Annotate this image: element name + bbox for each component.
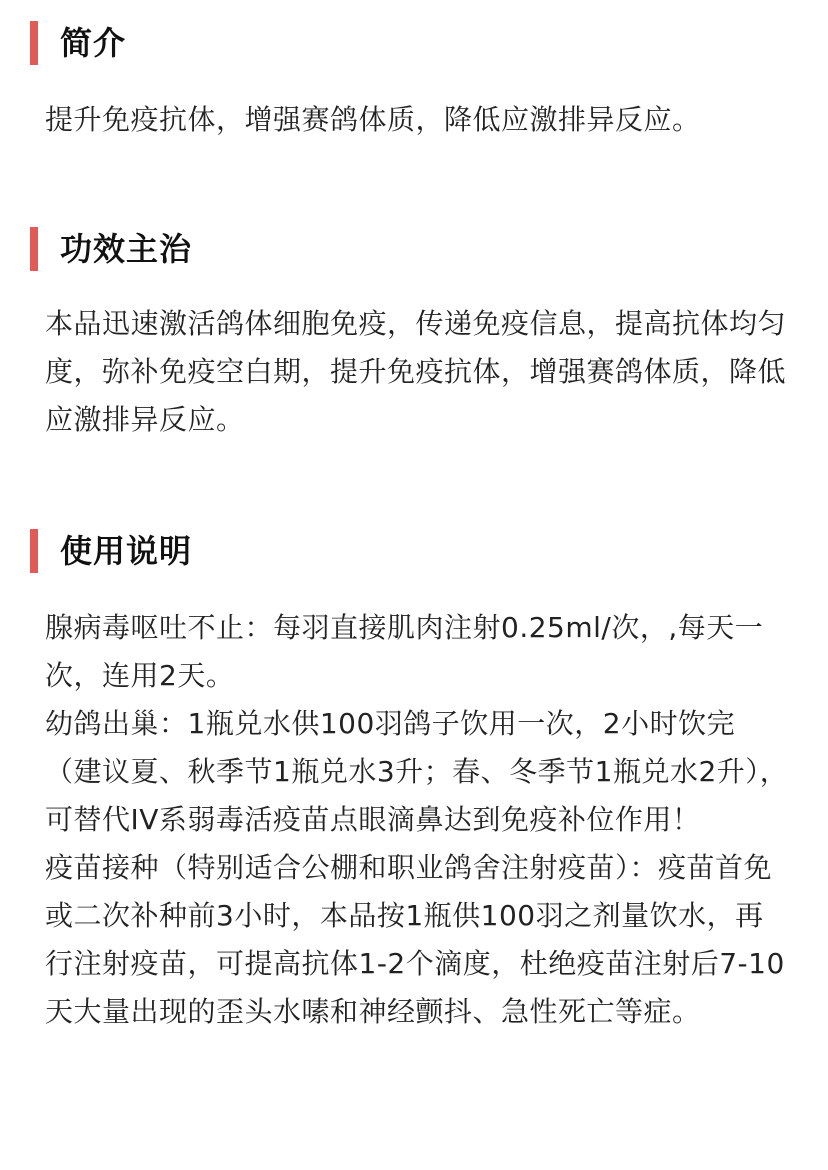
section-heading-efficacy: 功效主治 [30, 227, 192, 271]
paragraph: 提升免疫抗体，增强赛鸽体质，降低应激排异反应。 [45, 96, 790, 144]
section-body-efficacy: 本品迅速激活鸽体细胞免疫，传递免疫信息，提高抗体均匀度，弥补免疫空白期，提升免疫… [45, 300, 790, 444]
section-title: 使用说明 [60, 529, 192, 573]
section-title: 功效主治 [60, 227, 192, 271]
paragraph-young-pigeons: 幼鸽出巢：1瓶兑水供100羽鸽子饮用一次，2小时饮完（建议夏、秋季节1瓶兑水3升… [45, 700, 790, 844]
accent-bar [30, 21, 38, 65]
section-body-usage: 腺病毒呕吐不止：每羽直接肌肉注射0.25ml/次，,每天一次，连用2天。 幼鸽出… [45, 604, 790, 1036]
accent-bar [30, 529, 38, 573]
section-heading-intro: 简介 [30, 21, 126, 65]
section-body-intro: 提升免疫抗体，增强赛鸽体质，降低应激排异反应。 [45, 96, 790, 144]
section-heading-usage: 使用说明 [30, 529, 192, 573]
paragraph-adenovirus: 腺病毒呕吐不止：每羽直接肌肉注射0.25ml/次，,每天一次，连用2天。 [45, 604, 790, 700]
section-title: 简介 [60, 21, 126, 65]
paragraph-vaccination: 疫苗接种（特别适合公棚和职业鸽舍注射疫苗）：疫苗首免或二次补种前3小时，本品按1… [45, 844, 790, 1036]
accent-bar [30, 227, 38, 271]
paragraph: 本品迅速激活鸽体细胞免疫，传递免疫信息，提高抗体均匀度，弥补免疫空白期，提升免疫… [45, 300, 790, 444]
